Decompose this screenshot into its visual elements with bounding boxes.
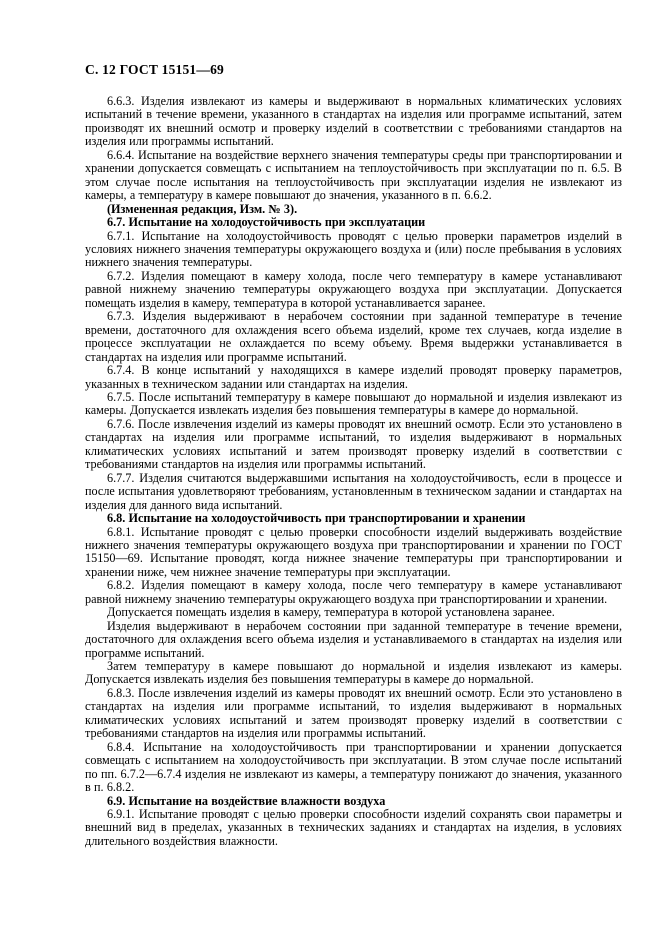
paragraph: (Измененная редакция, Изм. № 3). xyxy=(85,203,622,216)
paragraph: Допускается помещать изделия в камеру, т… xyxy=(85,606,622,619)
section-heading: 6.7. Испытание на холодоустойчивость при… xyxy=(85,216,622,229)
section-heading: 6.8. Испытание на холодоустойчивость при… xyxy=(85,512,622,525)
paragraph: 6.9.1. Испытание проводят с целью провер… xyxy=(85,808,622,848)
paragraph: 6.8.3. После извлечения изделий из камер… xyxy=(85,687,622,741)
document-page: С. 12 ГОСТ 15151—69 6.6.3. Изделия извле… xyxy=(0,0,661,936)
paragraph: 6.8.2. Изделия помещают в камеру холода,… xyxy=(85,579,622,606)
paragraph: 6.7.7. Изделия считаются выдержавшими ис… xyxy=(85,472,622,512)
paragraph: 6.7.1. Испытание на холодоустойчивость п… xyxy=(85,230,622,270)
paragraph: 6.7.5. После испытаний температуру в кам… xyxy=(85,391,622,418)
paragraph: 6.7.4. В конце испытаний у находящихся в… xyxy=(85,364,622,391)
paragraph: 6.8.4. Испытание на холодоустойчивость п… xyxy=(85,741,622,795)
paragraph: 6.7.2. Изделия помещают в камеру холода,… xyxy=(85,270,622,310)
paragraph: 6.6.4. Испытание на воздействие верхнего… xyxy=(85,149,622,203)
paragraph: 6.7.6. После извлечения изделий из камер… xyxy=(85,418,622,472)
section-heading: 6.9. Испытание на воздействие влажности … xyxy=(85,795,622,808)
paragraph: 6.8.1. Испытание проводят с целью провер… xyxy=(85,526,622,580)
page-header: С. 12 ГОСТ 15151—69 xyxy=(85,62,224,78)
document-body: 6.6.3. Изделия извлекают из камеры и выд… xyxy=(85,95,622,848)
paragraph: Затем температуру в камере повышают до н… xyxy=(85,660,622,687)
paragraph: 6.6.3. Изделия извлекают из камеры и выд… xyxy=(85,95,622,149)
paragraph: 6.7.3. Изделия выдерживают в нерабочем с… xyxy=(85,310,622,364)
paragraph: Изделия выдерживают в нерабочем состояни… xyxy=(85,620,622,660)
